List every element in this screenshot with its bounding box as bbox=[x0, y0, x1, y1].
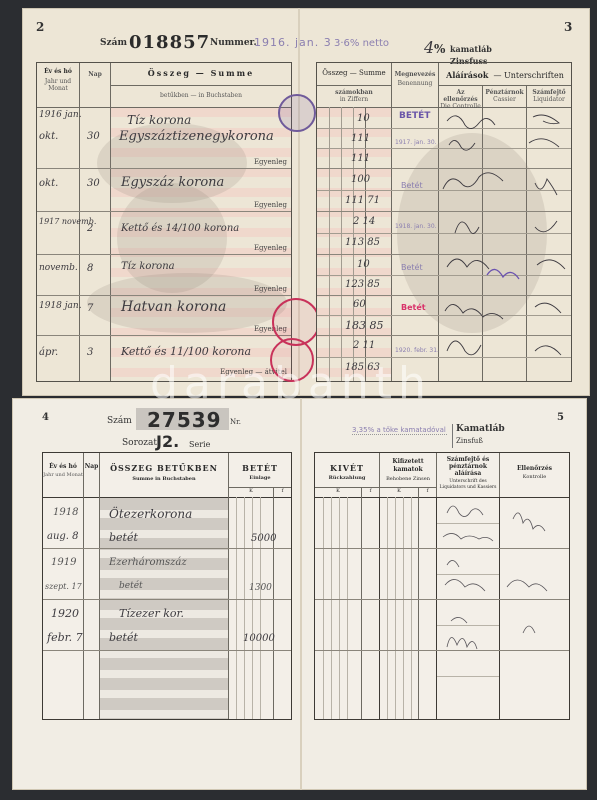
amount-digit-cell: 111 71 bbox=[345, 195, 380, 206]
col-divider bbox=[79, 107, 80, 381]
row-month-day: szept. 17 bbox=[45, 582, 82, 591]
interest-rate-stamp: 3,35% a tőke kamatadóval bbox=[352, 426, 447, 435]
amount-digit-cell: 123 85 bbox=[345, 279, 380, 290]
interest-label-de: Zinsfuß bbox=[456, 437, 483, 445]
amount-digit-cell: 100 bbox=[351, 174, 370, 185]
col-cashier-header: Pénztárnok Cassier bbox=[483, 86, 527, 108]
amount-digit-cell: 2 14 bbox=[353, 216, 375, 227]
row-year: 1919 bbox=[51, 557, 76, 568]
col-amount-words-header: ÖSSZEG BETŰKBEN Summe in Buchstaben bbox=[100, 453, 229, 497]
deposit-k-header: K bbox=[229, 487, 274, 497]
book-gutter bbox=[300, 398, 302, 790]
top-passbook-spread: 2 Szám 018857 Nummer. 1916. jan. 3 Év és… bbox=[22, 8, 590, 396]
number-label: Szám bbox=[107, 416, 132, 426]
row-amount-words: Ötezerkorona bbox=[109, 507, 192, 521]
account-number: 27539 bbox=[147, 408, 222, 432]
col-interest-paid-header: Kifizetett kamatok Behobene Zinsen bbox=[380, 453, 437, 487]
row-date: ápr. bbox=[39, 347, 58, 358]
col-year-month-header: Év és hó Jahr und Monat bbox=[37, 63, 80, 108]
col-control-header: Ellenőrzés Kontrolle bbox=[500, 453, 569, 497]
amount-digit-cell: 60 bbox=[353, 299, 366, 310]
page-number: 2 bbox=[36, 20, 44, 34]
digit-line bbox=[323, 497, 324, 719]
row-amount-words: betét bbox=[109, 631, 138, 644]
balance-label: Egyenleg bbox=[254, 244, 287, 252]
row-date: novemb. bbox=[39, 263, 78, 273]
col-amount-digits-subheader: számokban in Ziffern bbox=[317, 86, 392, 108]
interest-label-hu: Kamatláb bbox=[456, 424, 505, 434]
interest-rate-stamp: 3·6% netto bbox=[334, 38, 389, 49]
col-controller-header: Az ellenőrzés Die Controlle bbox=[439, 86, 483, 108]
right-ledger-table: Összeg — Summe számokban in Ziffern Megn… bbox=[316, 62, 572, 382]
col-divider bbox=[379, 497, 380, 719]
row-year: 1920 bbox=[51, 607, 79, 620]
interest-f-header: f bbox=[419, 487, 437, 497]
col-bookkeeper-header: Számfejtő Liquidator bbox=[527, 86, 571, 108]
number-label: Szám bbox=[100, 38, 127, 48]
row-divider bbox=[37, 335, 291, 336]
amount-digit-cell: 10 bbox=[357, 259, 370, 270]
number-label-de: Nummer. bbox=[210, 38, 257, 48]
digit-line bbox=[331, 497, 332, 719]
col-year-month-header: Év és hó Jahr und Monat bbox=[43, 453, 84, 497]
row-day: 7 bbox=[87, 303, 93, 314]
row-month-day: aug. 8 bbox=[47, 531, 79, 542]
deposit-stamp: BETÉT bbox=[399, 111, 430, 121]
row-date: okt. bbox=[39, 131, 58, 142]
deposit-stamp: Betét bbox=[401, 263, 423, 272]
row-deposit: 5000 bbox=[251, 533, 276, 544]
col-amount-subheader: betűkben — in Buchstaben bbox=[111, 86, 291, 108]
page-number: 3 bbox=[564, 20, 572, 34]
row-deposit: 10000 bbox=[243, 633, 275, 644]
row-divider bbox=[43, 548, 291, 549]
date-stamp: 1920. febr. 31. bbox=[395, 347, 439, 354]
row-divider bbox=[43, 599, 291, 600]
row-amount-words: Tíz korona bbox=[121, 261, 175, 272]
amount-digit-cell: 113 85 bbox=[345, 237, 380, 248]
page-number: 5 bbox=[557, 412, 564, 423]
page-number: 4 bbox=[42, 412, 49, 423]
row-amount-words: Tízezer kor. bbox=[119, 607, 184, 620]
row-day: 2 bbox=[87, 223, 93, 234]
row-amount-words: Ezerháromszáz bbox=[109, 557, 187, 568]
date-stamp: 1916. jan. 3 bbox=[254, 36, 332, 49]
digit-line bbox=[347, 497, 348, 719]
row-month-day: febr. 7 bbox=[47, 631, 83, 644]
deposit-stamp-red: Betét bbox=[401, 303, 426, 312]
deposit-stamp: Betét bbox=[401, 181, 423, 190]
row-divider bbox=[43, 650, 291, 651]
row-amount-words: Egyszáz korona bbox=[121, 175, 224, 190]
bank-round-stamp bbox=[278, 94, 316, 132]
col-divider bbox=[273, 497, 274, 719]
amount-digit-cell: 2 11 bbox=[353, 340, 375, 351]
deposit-f-header: f bbox=[274, 487, 291, 497]
col-divider bbox=[99, 497, 100, 719]
row-day: 30 bbox=[87, 131, 100, 142]
digit-line bbox=[252, 497, 253, 719]
row-day: 30 bbox=[87, 178, 100, 189]
digit-line bbox=[236, 497, 237, 719]
series-value: J2. bbox=[156, 432, 179, 451]
col-signatures-header: Számfejtő és pénztárnok aláírása Untersc… bbox=[437, 453, 500, 497]
row-divider bbox=[37, 211, 291, 212]
col-divider bbox=[418, 497, 419, 719]
row-amount-words: Egyszáztizenegykorona bbox=[119, 129, 274, 144]
digit-line bbox=[403, 497, 404, 719]
account-number: 018857 bbox=[129, 32, 210, 53]
col-signatures-header: Aláírások — Unterschriften bbox=[439, 63, 571, 86]
col-amount-digits-header: Összeg — Summe bbox=[317, 63, 392, 86]
signature-scribbles bbox=[439, 107, 571, 381]
col-divider bbox=[361, 497, 362, 719]
right-ledger-table: KIVÉT Rückzahlung K f Kifizetett kamatok… bbox=[314, 452, 570, 720]
col-amount-header: Összeg — Summe bbox=[111, 63, 291, 86]
balance-label: Egyenleg bbox=[254, 285, 287, 293]
row-date: 1916 jan. bbox=[39, 110, 82, 120]
row-divider bbox=[37, 254, 291, 255]
row-date: okt. bbox=[39, 178, 58, 189]
row-day: 8 bbox=[87, 263, 93, 274]
digit-line bbox=[244, 497, 245, 719]
left-ledger-table: Év és hó Jahr und Monat Nap Összeg — Sum… bbox=[36, 62, 292, 382]
withdrawal-f-header: f bbox=[362, 487, 380, 497]
col-day-header: Nap bbox=[84, 453, 100, 497]
digit-line bbox=[387, 497, 388, 719]
row-amount-words: betét bbox=[119, 581, 143, 591]
row-amount-words: Hatvan korona bbox=[121, 299, 226, 315]
sub-row-divider bbox=[437, 676, 499, 677]
amount-digit-cell: 10 bbox=[357, 113, 370, 124]
bottom-passbook-spread: 4 Szám 27539 Nr. Sorozat J2. Serie Év és… bbox=[12, 398, 587, 790]
row-divider bbox=[37, 295, 291, 296]
digit-line bbox=[339, 497, 340, 719]
col-deposit-header: BETÉT Einlage bbox=[229, 453, 291, 487]
series-label-de: Serie bbox=[189, 440, 210, 449]
balance-label: Egyenleg bbox=[254, 201, 287, 209]
interest-label-hu: kamatláb bbox=[450, 44, 492, 54]
number-suffix: Nr. bbox=[230, 418, 241, 426]
series-label: Sorozat bbox=[122, 438, 157, 448]
row-amount-words: Kettő és 14/100 korona bbox=[121, 223, 239, 234]
amount-digit-cell: 111 bbox=[351, 153, 370, 164]
site-watermark: darabanth bbox=[150, 358, 432, 409]
row-amount-words: betét bbox=[109, 531, 138, 544]
amount-digit-cell: 183 85 bbox=[345, 319, 384, 332]
interest-k-header: K bbox=[380, 487, 419, 497]
row-amount-words: Tíz korona bbox=[127, 113, 191, 127]
col-withdrawal-header: KIVÉT Rückzahlung bbox=[315, 453, 380, 487]
row-date: 1918 jan. bbox=[39, 301, 82, 311]
row-amount-words: Kettő és 11/100 korona bbox=[121, 345, 251, 358]
col-divider bbox=[83, 497, 84, 719]
digit-line bbox=[395, 497, 396, 719]
interest-value: 4 bbox=[424, 38, 434, 57]
row-day: 3 bbox=[87, 347, 93, 358]
amount-digit-cell: 111 bbox=[351, 133, 370, 144]
date-stamp: 1917. jan. 30. bbox=[395, 139, 437, 146]
left-ledger-table: Év és hó Jahr und Monat Nap ÖSSZEG BETŰK… bbox=[42, 452, 292, 720]
date-stamp: 1918. jan. 30. bbox=[395, 223, 437, 230]
row-divider bbox=[37, 168, 291, 169]
row-year: 1918 bbox=[53, 507, 78, 518]
percent-sign: % bbox=[434, 42, 445, 56]
col-divider bbox=[228, 497, 229, 719]
col-day-header: Nap bbox=[80, 63, 111, 108]
bracket-line bbox=[452, 424, 453, 448]
digit-line bbox=[411, 497, 412, 719]
balance-label: Egyenleg bbox=[254, 158, 287, 166]
signature-scribbles bbox=[437, 497, 569, 657]
withdrawal-k-header: K bbox=[315, 487, 362, 497]
row-deposit: 1300 bbox=[249, 583, 272, 593]
digit-line bbox=[260, 497, 261, 719]
col-designation-header: Megnevezés Benennung bbox=[392, 63, 439, 108]
